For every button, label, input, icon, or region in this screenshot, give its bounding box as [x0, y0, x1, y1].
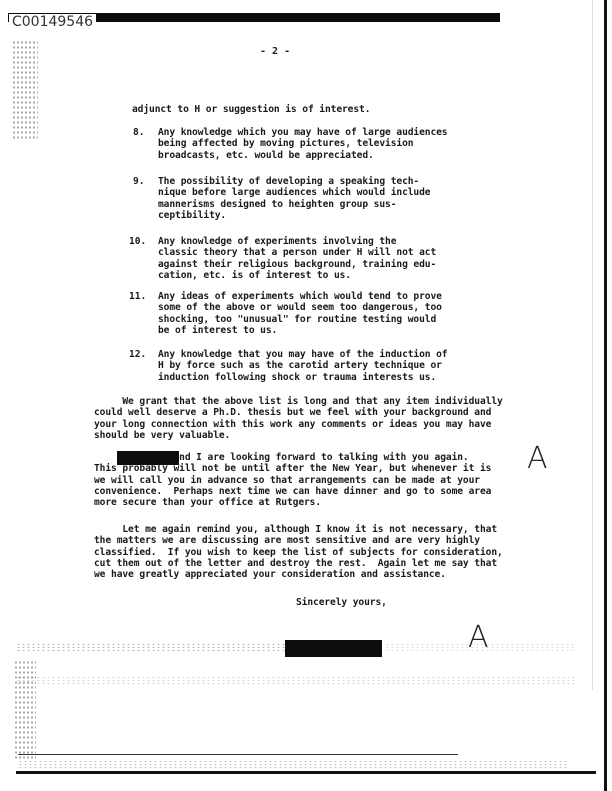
- list-item-line: be of interest to us.: [158, 325, 442, 336]
- paragraph-line: your long connection with this work any …: [94, 419, 503, 430]
- paragraph-line: convenience. Perhaps next time we can ha…: [94, 486, 491, 497]
- paragraph-line: we have greatly appreciated your conside…: [94, 569, 503, 580]
- list-item-line: Any knowledge which you may have of larg…: [158, 127, 447, 138]
- list-item-line: classic theory that a person under H wil…: [158, 247, 436, 258]
- list-item-line: nique before large audiences which would…: [158, 187, 430, 198]
- scan-noise: [18, 760, 568, 768]
- list-item-line: induction following shock or trauma inte…: [158, 372, 447, 383]
- list-item: Any ideas of experiments which would ten…: [158, 291, 442, 336]
- list-item: Any knowledge which you may have of larg…: [158, 127, 447, 161]
- list-item-line: cation, etc. is of interest to us.: [158, 270, 436, 281]
- item-number: 8.: [133, 127, 145, 138]
- paragraph-line: more secure than your office at Rutgers.: [94, 497, 491, 508]
- list-item: Any knowledge of experiments involving t…: [158, 236, 436, 281]
- paragraph-line: should be very valuable.: [94, 430, 503, 441]
- bottom-border: [16, 771, 596, 774]
- redaction-name: [117, 451, 179, 465]
- scan-noise: [16, 676, 576, 686]
- item-number: 10.: [129, 236, 146, 247]
- list-item: Any knowledge that you may have of the i…: [158, 349, 447, 383]
- scan-noise: [14, 660, 36, 760]
- list-item-line: some of the above or would seem too dang…: [158, 302, 442, 313]
- item-number: 9.: [133, 176, 145, 187]
- list-item-line: Any ideas of experiments which would ten…: [158, 291, 442, 302]
- paragraph-line: Let me again remind you, although I know…: [94, 524, 503, 535]
- paragraph-line: could well deserve a Ph.D. thesis but we…: [94, 407, 503, 418]
- document-id: C00149546: [9, 14, 96, 31]
- paragraph-line: cut them out of the letter and destroy t…: [94, 558, 503, 569]
- item-number: 11.: [129, 291, 146, 302]
- item-number: 12.: [129, 349, 146, 360]
- handwritten-mark: A: [468, 620, 489, 655]
- closing: Sincerely yours,: [296, 597, 387, 608]
- paragraph-line: classified. If you wish to keep the list…: [94, 547, 503, 558]
- continuation-line: adjunct to H or suggestion is of interes…: [132, 104, 370, 115]
- divider: [18, 754, 458, 755]
- list-item-line: H by force such as the carotid artery te…: [158, 360, 447, 371]
- paragraph: We grant that the above list is long and…: [94, 396, 503, 441]
- list-item-line: against their religious background, trai…: [158, 259, 436, 270]
- page-number: - 2 -: [260, 46, 290, 57]
- list-item-line: shocking, too "unusual" for routine test…: [158, 314, 442, 325]
- scan-noise: [16, 643, 286, 653]
- paragraph: Let me again remind you, although I know…: [94, 524, 503, 580]
- list-item: The possibility of developing a speaking…: [158, 176, 430, 221]
- scan-noise: [12, 40, 38, 140]
- list-item-line: mannerisms designed to heighten group su…: [158, 199, 430, 210]
- list-item-line: broadcasts, etc. would be appreciated.: [158, 150, 447, 161]
- list-item-line: Any knowledge of experiments involving t…: [158, 236, 436, 247]
- paragraph-line: we will call you in advance so that arra…: [94, 475, 491, 486]
- redaction-signature: [285, 640, 382, 657]
- paragraph-line: We grant that the above list is long and…: [94, 396, 503, 407]
- right-margin-line: [592, 0, 593, 690]
- list-item-line: Any knowledge that you may have of the i…: [158, 349, 447, 360]
- paragraph-line: the matters we are discussing are most s…: [94, 535, 503, 546]
- list-item-line: being affected by moving pictures, telev…: [158, 138, 447, 149]
- list-item-line: The possibility of developing a speaking…: [158, 176, 430, 187]
- right-border: [604, 0, 607, 791]
- list-item-line: ceptibility.: [158, 210, 430, 221]
- handwritten-mark: A: [527, 441, 548, 476]
